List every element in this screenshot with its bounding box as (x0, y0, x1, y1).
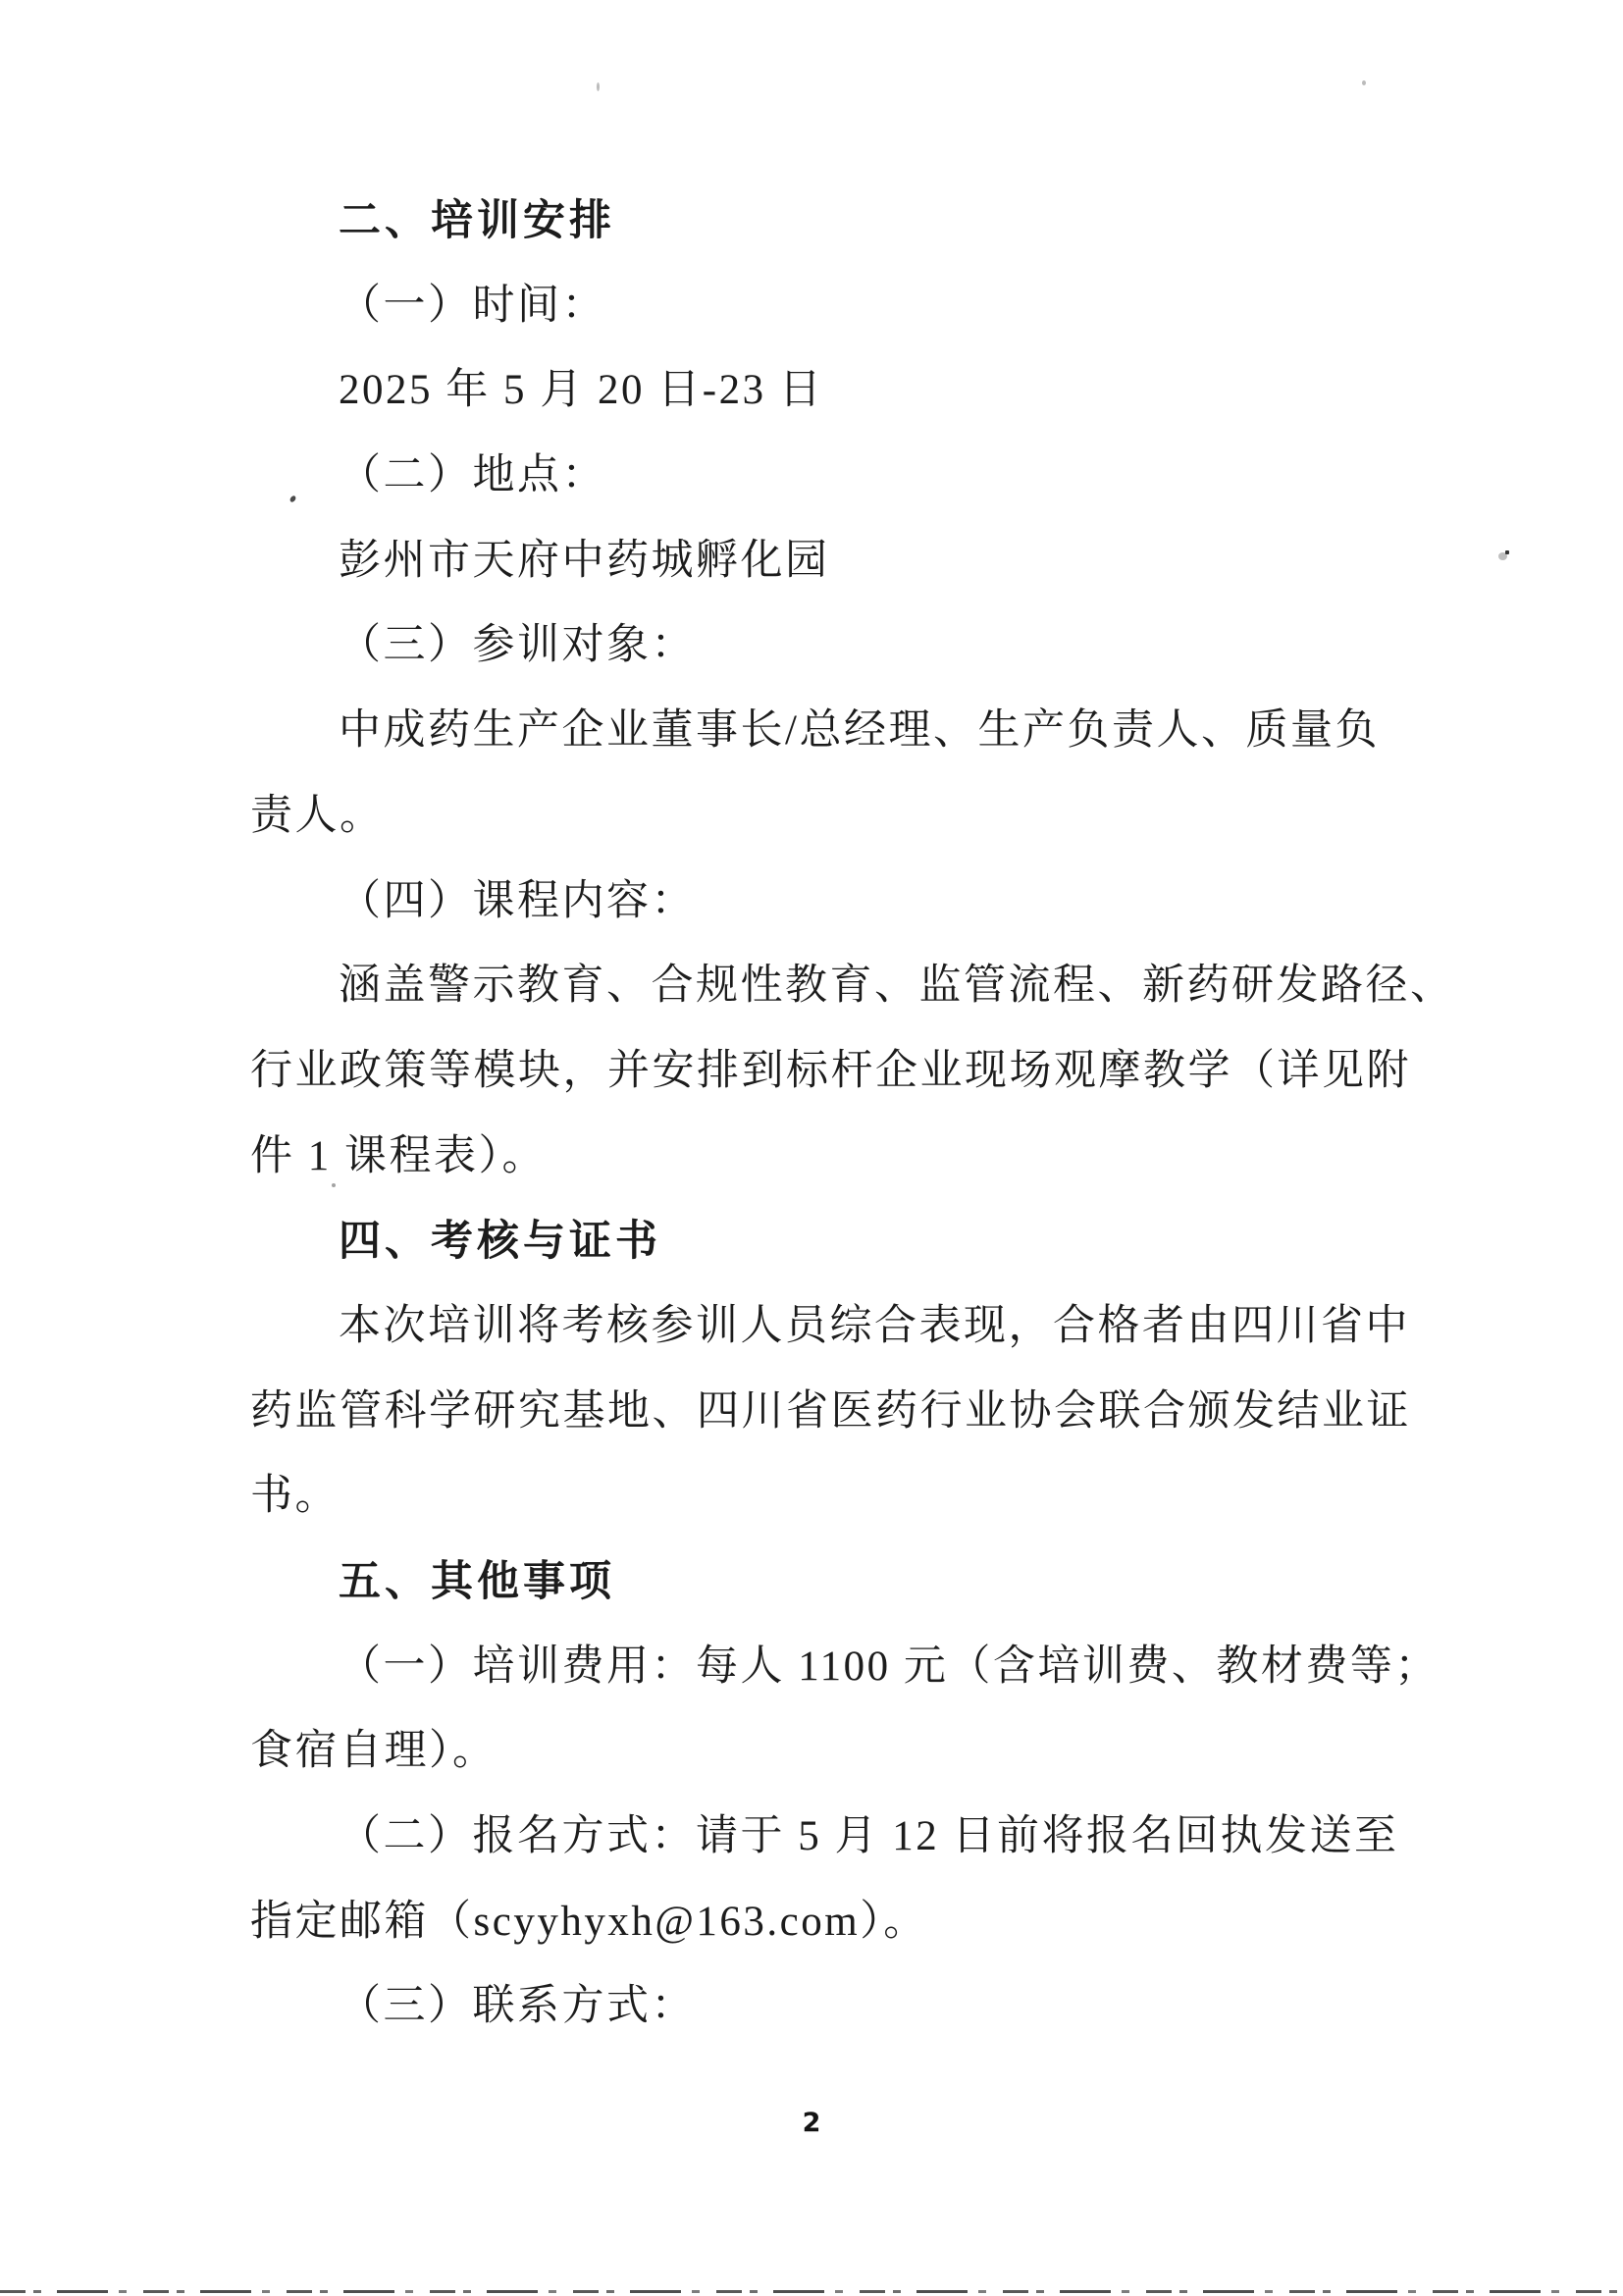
participants-text-line-2: 责人。 (250, 774, 1398, 860)
subsection-course-content-label: （四）课程内容： (250, 860, 1398, 945)
course-content-text-line-3: 件 1 课程表）。 (250, 1115, 1398, 1200)
assessment-text-line-1: 本次培训将考核参训人员综合表现，合格者由四川省中 (250, 1284, 1398, 1370)
training-date-text: 2025 年 5 月 20 日-23 日 (250, 348, 1398, 434)
registration-method-text-line-2: 指定邮箱（scyyhyxh@163.com）。 (250, 1880, 1398, 1965)
assessment-text-line-3: 书。 (250, 1454, 1398, 1539)
scan-speck (597, 82, 600, 91)
page-number: 2 (0, 2108, 1623, 2138)
subsection-contact-label: （三）联系方式： (250, 1964, 1398, 2050)
course-content-text-line-2: 行业政策等模块，并安排到标杆企业现场观摩教学（详见附 (250, 1029, 1398, 1115)
section-heading-assessment-certificate: 四、考核与证书 (250, 1199, 1398, 1284)
scan-speck (1505, 550, 1509, 554)
scan-speck (1362, 80, 1366, 85)
registration-method-text-line-1: （二）报名方式：请于 5 月 12 日前将报名回执发送至 (250, 1795, 1398, 1880)
course-content-text-line-1: 涵盖警示教育、合规性教育、监管流程、新药研发路径、 (250, 944, 1398, 1029)
subsection-participants-label: （三）参训对象： (250, 603, 1398, 689)
assessment-text-line-2: 药监管科学研究基地、四川省医药行业协会联合颁发结业证 (250, 1370, 1398, 1455)
document-body: 二、培训安排 （一）时间： 2025 年 5 月 20 日-23 日 （二）地点… (250, 179, 1398, 2050)
document-page: 二、培训安排 （一）时间： 2025 年 5 月 20 日-23 日 （二）地点… (0, 0, 1623, 2296)
training-location-text: 彭州市天府中药城孵化园 (250, 519, 1398, 604)
section-heading-other-matters: 五、其他事项 (250, 1539, 1398, 1625)
subsection-time-label: （一）时间： (250, 264, 1398, 349)
scan-edge-artifact-line (0, 2290, 1623, 2293)
training-fee-text-line-1: （一）培训费用：每人 1100 元（含培训费、教材费等； (250, 1625, 1398, 1710)
participants-text-line-1: 中成药生产企业董事长/总经理、生产负责人、质量负 (250, 689, 1398, 774)
training-fee-text-line-2: 食宿自理）。 (250, 1709, 1398, 1795)
scan-speck (332, 1183, 336, 1187)
subsection-location-label: （二）地点： (250, 434, 1398, 519)
section-heading-training-arrangement: 二、培训安排 (250, 179, 1398, 264)
